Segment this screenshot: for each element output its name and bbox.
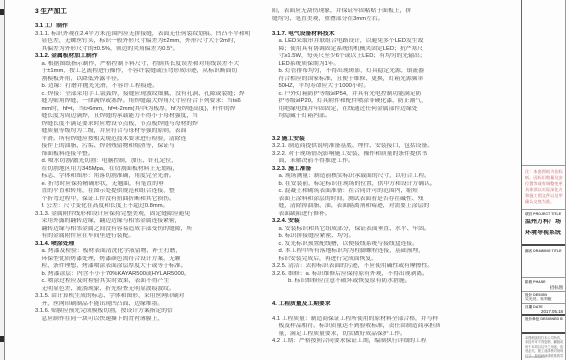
spec-line: 阳，表面应无刮伤现象，并保证牢固粘贴于面板上，拼 [272, 8, 440, 16]
spec-line: c. 喷涂过程应及时检验其实时效果，表面不得产生 [35, 278, 265, 286]
spec-line: 3.2.6. 维修：a. 标识维修后应保持原有外观，不得出现剥离。 [272, 271, 440, 279]
spec-line: 3 生产加工 [35, 8, 265, 16]
spec-line: 直的平直和转角，在图示处提供规范和组合连接，整 [35, 188, 265, 196]
title-block-divider [522, 303, 565, 304]
spec-line: 3.1.6. 贴膜应预先完成模板切割，按设计方案指定的信 [35, 308, 265, 316]
spec-line: 3.1.3. 金属附件线形和设计应保持完整美观，固定缝隙应避免 [35, 211, 265, 219]
spec-line: 3.2 施工安装 [272, 136, 440, 144]
spec-line: 焊缝长度不满足要求时应增设节点板，节点板焊缝与母材的焊 [35, 121, 265, 129]
spec-line: 3.1.1. 标识外观在2.4平方米范围内应无拼接缝，表面无任何裂纹划痕、凹凸不… [35, 31, 265, 39]
spec-line: 缝长度为周边满焊，且焊缝的承载能力不得小于母材强度，当 [35, 113, 265, 121]
spec-line: 50HZ，平均寿命应大于1000小时。 [272, 83, 440, 91]
spec-line: 3.2.1. 制造商提供说明准备基底、埋件、安装接口，包括设备。 [272, 143, 440, 151]
spec-line [272, 293, 440, 301]
spec-line: 饰面板料连接平整。 [35, 151, 265, 159]
title-block-divider [522, 277, 565, 278]
spec-line: 有的金属附件应在车间里进行装配。 [35, 233, 265, 241]
spec-line: c. 混凝土和砌筑表面准备：在合同许可的范围内，缩短 [272, 188, 440, 196]
spec-line: 均隐藏于灯箱内部。 [272, 113, 440, 121]
spec-line: a. 根据图纸指示制作，严格控制下料尺寸，控制其长度误差和对角线误差不大 [35, 61, 265, 69]
spec-line: a. LED采取串并联组合电路设计，以避免多个LED发生故 [272, 38, 440, 46]
spec-line: 4. 工程质量及工期要求 [272, 301, 440, 309]
spec-line: b. 标识拼接缝应紧密、均匀。 [272, 233, 440, 241]
spec-line: c. 焊接：全部采用手工氩弧焊，接缝应现波纹细腻，没有孔洞、孔隙或裂缝；焊 [35, 91, 265, 99]
tender-note-line: 确认交底为准。 [525, 199, 563, 205]
spec-line: 护等级≥IP20，灯具附件和配件喷涂非硬化漆，防止潮气， [272, 98, 440, 106]
spec-line: 3.2.5. 清洁：去掉标识表面的污迹，不应使用碱性或有摩擦性。 [272, 263, 440, 271]
spec-line: 4.1 工程质量：制造商保证工程所使用的原材料全部合格，并与样 [272, 316, 440, 324]
designed-by-label: 设计单位 DESIGNED BY [525, 317, 563, 322]
design-value: 吴光亮、朱利娅 [525, 297, 563, 303]
spec-line: 3.1.4. 喷涂处理 [35, 241, 265, 249]
spec-line: 环保型优质烤漆处理，烤漆颜色需符合设计方案，无颗 [35, 256, 265, 264]
spec-line: 表面缺陷进行修补。 [272, 211, 440, 219]
spec-line [272, 23, 440, 31]
title-block-divider [522, 165, 565, 166]
spec-line: mm时，hf=t，当t>6mm，hf=t-2mm(其中t为板厚，hf为焊缝高度)… [35, 106, 265, 114]
spec-line: 缝均匀、笔直美观，重叠部分在3mm左右。 [272, 16, 440, 24]
spec-line: c. 户外灯箱防护等级≥IP54，并具有光电控制功能满足防 [272, 91, 440, 99]
title-block: 注：本套图纸为招标图纸，因标识数量及安装位置等或有调整变更，具体须以实际深化方案… [521, 0, 566, 360]
page-left-border [0, 0, 5, 360]
spec-line: 粒、条件理想，烤漆喷涂表面涂层厚度大于或等于标准。 [35, 263, 265, 271]
spec-line: 无明显色差、流淌现象，折光检查无明显波痕波纹。 [35, 286, 265, 294]
spec-line: 缝质量等级均为二级，并应符合与母材等强的原则，表面 [35, 128, 265, 136]
spec-line: 息应制作在同一块可以快速撕下的背衬薄膜上， [35, 316, 265, 324]
spec-line: b. 在安装前，标定标识在现场的位置，供甲方和设计方确认。 [272, 181, 440, 189]
binding-mark-top [0, 9, 4, 15]
spec-line: 3.1.7. 电气设备材料技术 [272, 31, 440, 39]
spec-line: c. 发光标识预置配线槽，以便接线系统与接线盒连接。 [272, 241, 440, 249]
spec-line: d. 喷水切割/激光切割：电脑控制，加压、针孔定位， [35, 158, 265, 166]
spec-line: 在切割地区用力345Mpa，在切割面板材料上无划痕， [35, 166, 265, 174]
spec-line: a. 烤漆及检验：板材表面清洗化学液留物，补土打磨， [35, 248, 265, 256]
spec-line: 3.2.4. 安装 [272, 218, 440, 226]
spec-line: 3.1 工厂制作 [35, 23, 265, 31]
spec-line: 齐，丝网印刷制品不能出现凹凸面、边缘堆墨。 [35, 301, 265, 309]
spec-line: d. 本工程中所有落地标识均为柱脚螺栓连接，基础预埋， [272, 248, 440, 256]
project-name-line2: 环境导视系统 [525, 230, 565, 237]
spec-line: 缝，清除掉油脂、油、表面隔离剂和霉迹，对需要上涂层的 [272, 203, 440, 211]
spec-line: a. 现场测量：制造前核实标识承载面的尺寸，以符合工程。 [272, 173, 440, 181]
spec-line: 3.1.5. 由计算机生成的标志、字体和图形，采用丝网印刷对 [35, 293, 265, 301]
spec-line: 个折弯过程中，保证工件没有扭曲折断和其它损伤。 [35, 196, 265, 204]
spec-line: 采用外露的翻转边缘，翻边边缘与相邻金属连接紧密， [35, 218, 265, 226]
spec-line: 表面上涂料和涂层的时间，测试表面看是否存在碱性、残 [272, 196, 440, 204]
spec-line: a. 安装标识和其它组成部分，保证表面垂直、水平、牢固。 [272, 226, 440, 234]
spec-line: 割模板外角，以降低外露半径。 [35, 76, 265, 84]
spec-line: 平滑。所有焊缝应按相关规范技术要求进行检验，清除连 [35, 136, 265, 144]
phase-value: 招标图 [525, 285, 563, 291]
title-block-divider [522, 332, 565, 334]
phase-label: 阶段 PHASE [525, 280, 563, 285]
title-block-divider [522, 291, 565, 292]
spec-line [35, 16, 265, 24]
spec-line: f. 公差：尺寸变化在高度和长度上不超过0.8mm。 [35, 203, 265, 211]
spec-line [272, 121, 440, 129]
project-label: 项目 PROJECT TITLE [525, 212, 563, 217]
binding-mark-bottom [0, 336, 4, 342]
spec-line: 3.2.3. 施工准备 [272, 166, 440, 174]
drawing-title-label: 图名 DRAWING TITLE [525, 249, 563, 254]
tender-note: 注：本套图纸为招标图纸，因标识数量及安装位置等或有调整变更，具体须以实际深化方案… [525, 169, 563, 205]
spec-line: 缝为贴角焊缝，一律满焊或塞焊。角焊缝最大焊角尺寸应符合下列要求：当t≤6 [35, 98, 265, 106]
spec-line [272, 308, 440, 316]
spec-line: 3.1.2. 金属板材加工制作 [35, 53, 265, 61]
spec-line: b. 灯管排布均匀，不得出现斑影，灯具稳定光源，镇流器 [272, 68, 440, 76]
spec-line: 量，满足工程质量要求，切实做好成品保护工作。 [272, 331, 440, 339]
spec-line: e. 折弯时应保持精确形状，无翘曲，有笔直的垂 [35, 181, 265, 189]
spec-line: 4.2 工期：严格按照合同要求保证工期，编制执行详细的工程 [272, 338, 440, 346]
title-block-divider [522, 244, 565, 246]
spec-line: 标识安装完成后，再进行完成面恢复。 [272, 256, 440, 264]
spec-line [272, 128, 440, 136]
spec-line: 显色差，无螺丝钉头，标识一般外形尺寸偏差为±2mm，外形尺寸大于2m时， [35, 38, 265, 46]
spec-line: 接件上的油脂、污垢、焊剂残留物和熔渣等，保证与 [35, 143, 265, 151]
project-name-line1: 温州万科广场 [525, 219, 565, 226]
spec-line: 板及样品相符。标识质量达不到验收标准，责任由制造商承担质 [272, 323, 440, 331]
spec-line: LED系统质保期为1年。 [272, 61, 440, 69]
spec-line: 符合相应的国家标准，且便于维修、更换，灯箱光源频率 [272, 76, 440, 84]
drawing-sheet: 3 生产加工 3.1 工厂制作3.1.1. 标识外观在2.4平方米范围内应无拼接… [0, 0, 570, 360]
spec-column-left: 3 生产加工 3.1 工厂制作3.1.1. 标识外观在2.4平方米范围内应无拼接… [35, 8, 265, 323]
spec-column-middle: 阳，表面应无刮伤现象，并保证牢固粘贴于面板上，拼缝均匀、笔直美观，重叠部分在3m… [272, 8, 440, 346]
spec-line: 面，未解决前不得推进工作。 [272, 158, 440, 166]
copyright-line: 者必究。施工前请核对现场 [525, 349, 563, 353]
spec-line: 用绝缘电线并牢固固定，在线通过任何金属部件边缘处 [272, 106, 440, 114]
spec-line: 标志、字体和图形：角落切割准确，角度完全光滑。 [35, 173, 265, 181]
spec-line [272, 286, 440, 294]
spec-line: b. 烤漆涂层：内含不小于70%KAYAR500或HYLAR5000。 [35, 271, 265, 279]
spec-line: 于±1mm，按工艺流程进行操作，不容许裂缝或压弯形成印迹，从标识断面切 [35, 68, 265, 76]
spec-line: 寸≥1.5W，每英尺至少6个或以上LED；有均匀的光输出； [272, 53, 440, 61]
title-block-divider [522, 209, 565, 210]
spec-line: 3.2.2. 对于现场情况影响施工安装、操作和质量的条件提供书 [272, 151, 440, 159]
spec-line: 翻转边缘与相邻金属之间没有容易造成手部受伤的缝隙，所 [35, 226, 265, 234]
copyright-footer: COPYRIGHT © [525, 355, 563, 359]
spec-line: b. 边缘：打磨并抛光光滑，不容许工程痕迹。 [35, 83, 265, 91]
date-value: 2017.05.18 [525, 309, 563, 315]
spec-line: 其偏差为外形尺寸的±0.5%，领边的夹角偏差为0.5°。 [35, 46, 265, 54]
spec-line: b. 标识维修应注意不破坏或恢复原有防水措施。 [272, 278, 440, 286]
spec-line: 障；使用具有协调固定系统的机械夹固定LED；抗严寒尺 [272, 46, 440, 54]
